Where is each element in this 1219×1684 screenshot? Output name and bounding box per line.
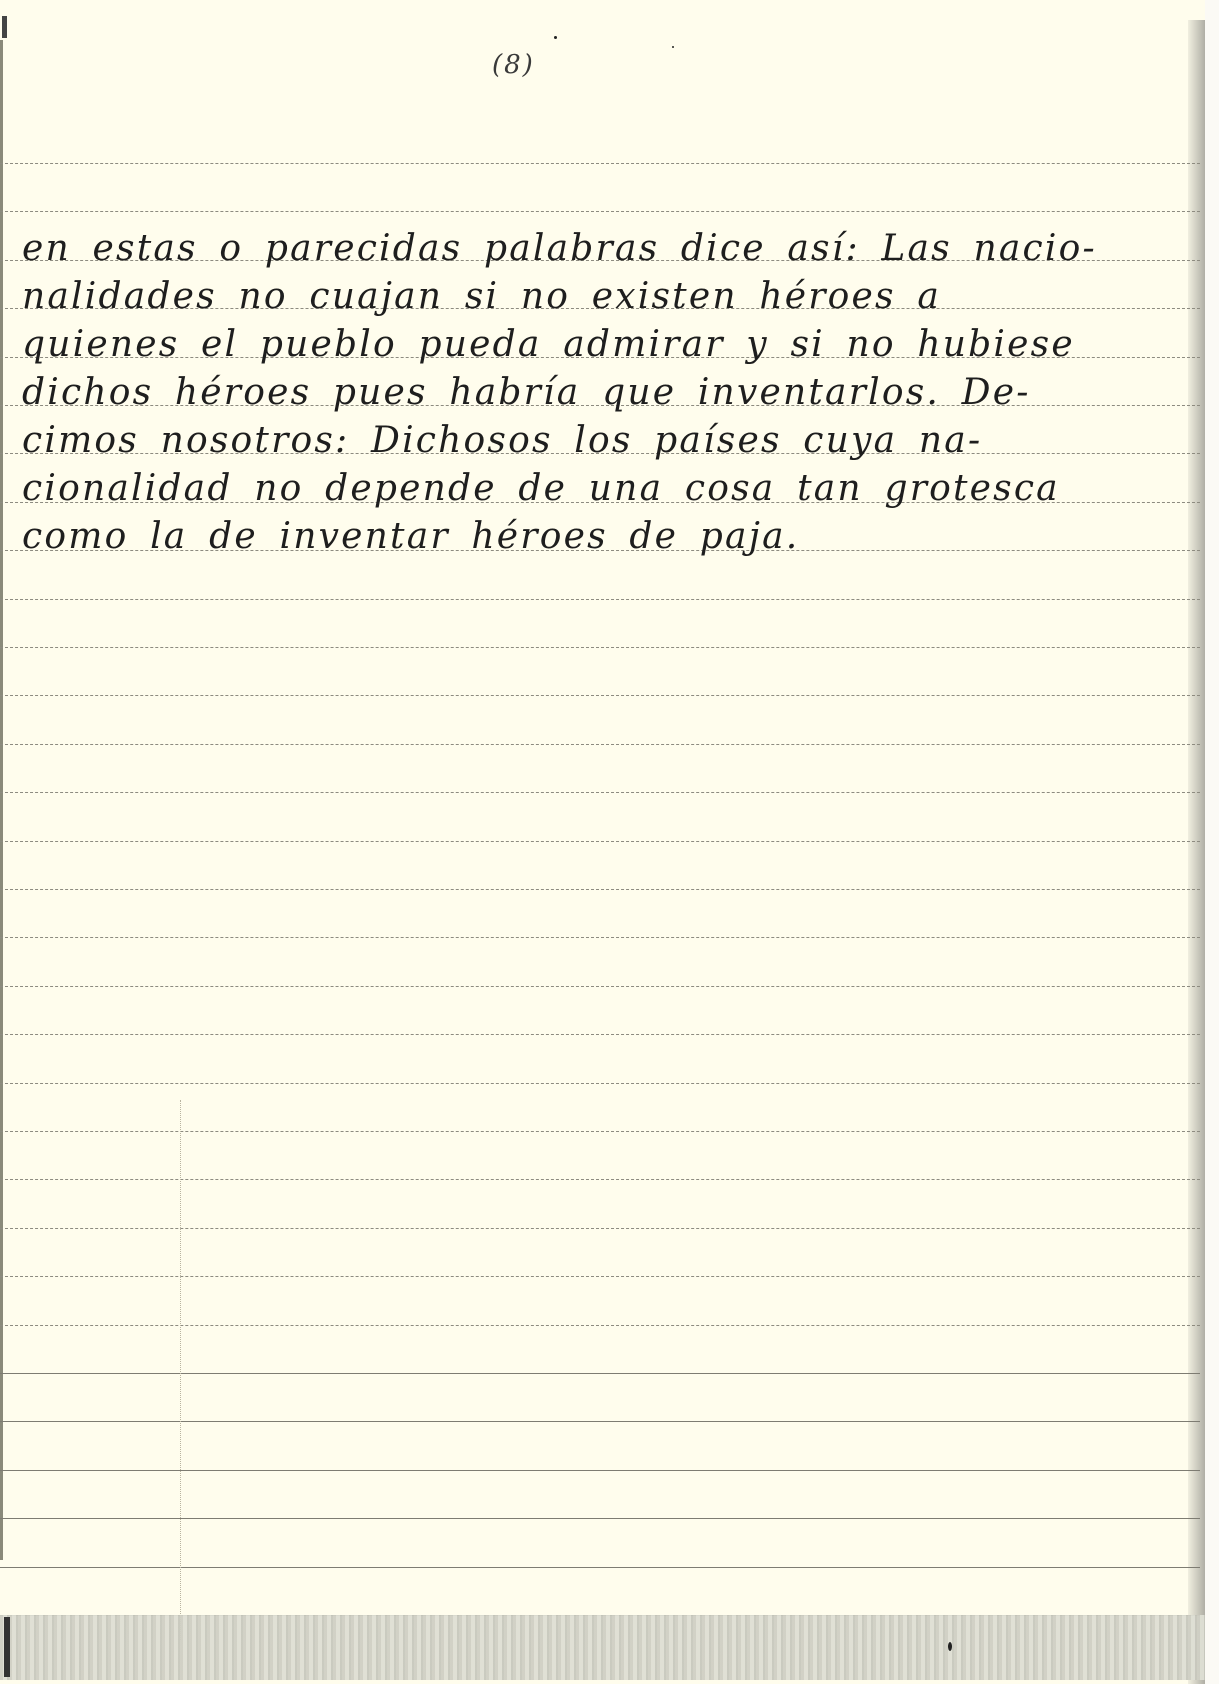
text-line-4: dichos héroes pues habría que inventarlo… — [22, 372, 1031, 413]
ruled-line — [0, 1034, 1200, 1035]
ruled-line — [0, 841, 1200, 842]
ink-speck — [554, 36, 557, 39]
binding-mark-bottom — [4, 1617, 10, 1677]
ruled-line — [0, 211, 1200, 212]
ink-speck — [672, 46, 674, 48]
scan-edge-strip — [1205, 0, 1219, 1684]
text-line-1: en estas o parecidas palabras dice así: … — [22, 228, 1097, 269]
ruled-line — [0, 163, 1200, 164]
binding-mark — [2, 16, 7, 38]
ruled-line — [0, 744, 1200, 745]
margin-line — [180, 1100, 182, 1640]
ruled-line — [0, 599, 1200, 600]
text-line-5: cimos nosotros: Dichosos los países cuya… — [22, 420, 982, 461]
text-line-6: cionalidad no depende de una cosa tan gr… — [22, 468, 1060, 509]
page-left-edge — [0, 40, 3, 1560]
text-line-3: quienes el pueblo pueda admirar y si no … — [22, 324, 1075, 365]
ruled-line — [0, 792, 1200, 793]
page-number: (8) — [492, 50, 535, 80]
scan-edge-shadow — [1188, 20, 1205, 1684]
ruled-line — [0, 695, 1200, 696]
ruled-line — [0, 937, 1200, 938]
scan-bottom-band — [0, 1615, 1205, 1680]
text-line-2: nalidades no cuajan si no existen héroes… — [22, 276, 941, 317]
ink-speck — [948, 1642, 952, 1651]
text-line-7: como la de inventar héroes de paja. — [22, 516, 799, 557]
ruled-line — [0, 986, 1200, 987]
ruled-line — [0, 647, 1200, 648]
ruled-line — [0, 889, 1200, 890]
ruled-line — [0, 1083, 1200, 1084]
